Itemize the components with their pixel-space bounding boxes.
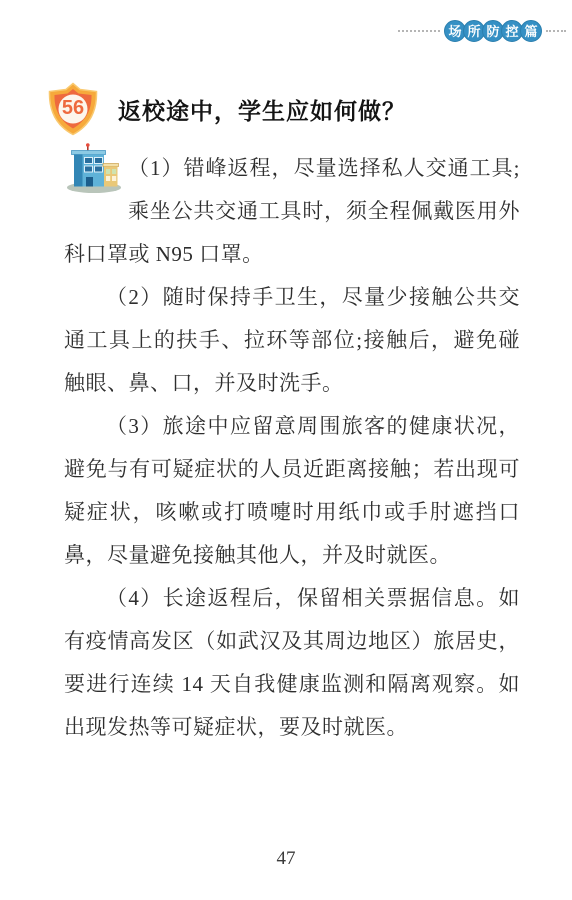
body-text: （1）错峰返程，尽量选择私人交通工具;乘坐公共交通工具时，须全程佩戴医用外科口罩… <box>64 147 520 749</box>
book-page: 场 所 防 控 篇 56 返校途中，学生应如何做？ <box>0 0 572 900</box>
page-number: 47 <box>0 848 572 870</box>
question-title-row: 56 返校途中，学生应如何做？ <box>44 82 542 136</box>
dotted-rule-right <box>546 30 566 32</box>
question-number: 56 <box>44 82 102 134</box>
paragraph-3: （3）旅途中应留意周围旅客的健康状况，避免与有可疑症状的人员近距离接触；若出现可… <box>64 405 520 577</box>
chapter-header: 场 所 防 控 篇 <box>398 20 566 42</box>
paragraph-text: （1）错峰返程，尽量选择私人交通工具;乘坐公共交通工具时，须全程佩戴医用外科口罩… <box>64 156 520 266</box>
paragraph-2: （2）随时保持手卫生，尽量少接触公共交通工具上的扶手、拉环等部位;接触后，避免碰… <box>64 276 520 405</box>
paragraph-4: （4）长途返程后，保留相关票据信息。如有疫情高发区（如武汉及其周边地区）旅居史，… <box>64 577 520 749</box>
question-title: 返校途中，学生应如何做？ <box>118 93 406 126</box>
dotted-rule-left <box>398 30 440 32</box>
building-icon <box>64 149 126 191</box>
paragraph-1: （1）错峰返程，尽量选择私人交通工具;乘坐公共交通工具时，须全程佩戴医用外科口罩… <box>64 147 520 276</box>
chapter-badge: 场 所 防 控 篇 <box>444 20 542 42</box>
shield-icon: 56 <box>44 82 102 136</box>
chapter-badge-char: 篇 <box>520 20 542 42</box>
